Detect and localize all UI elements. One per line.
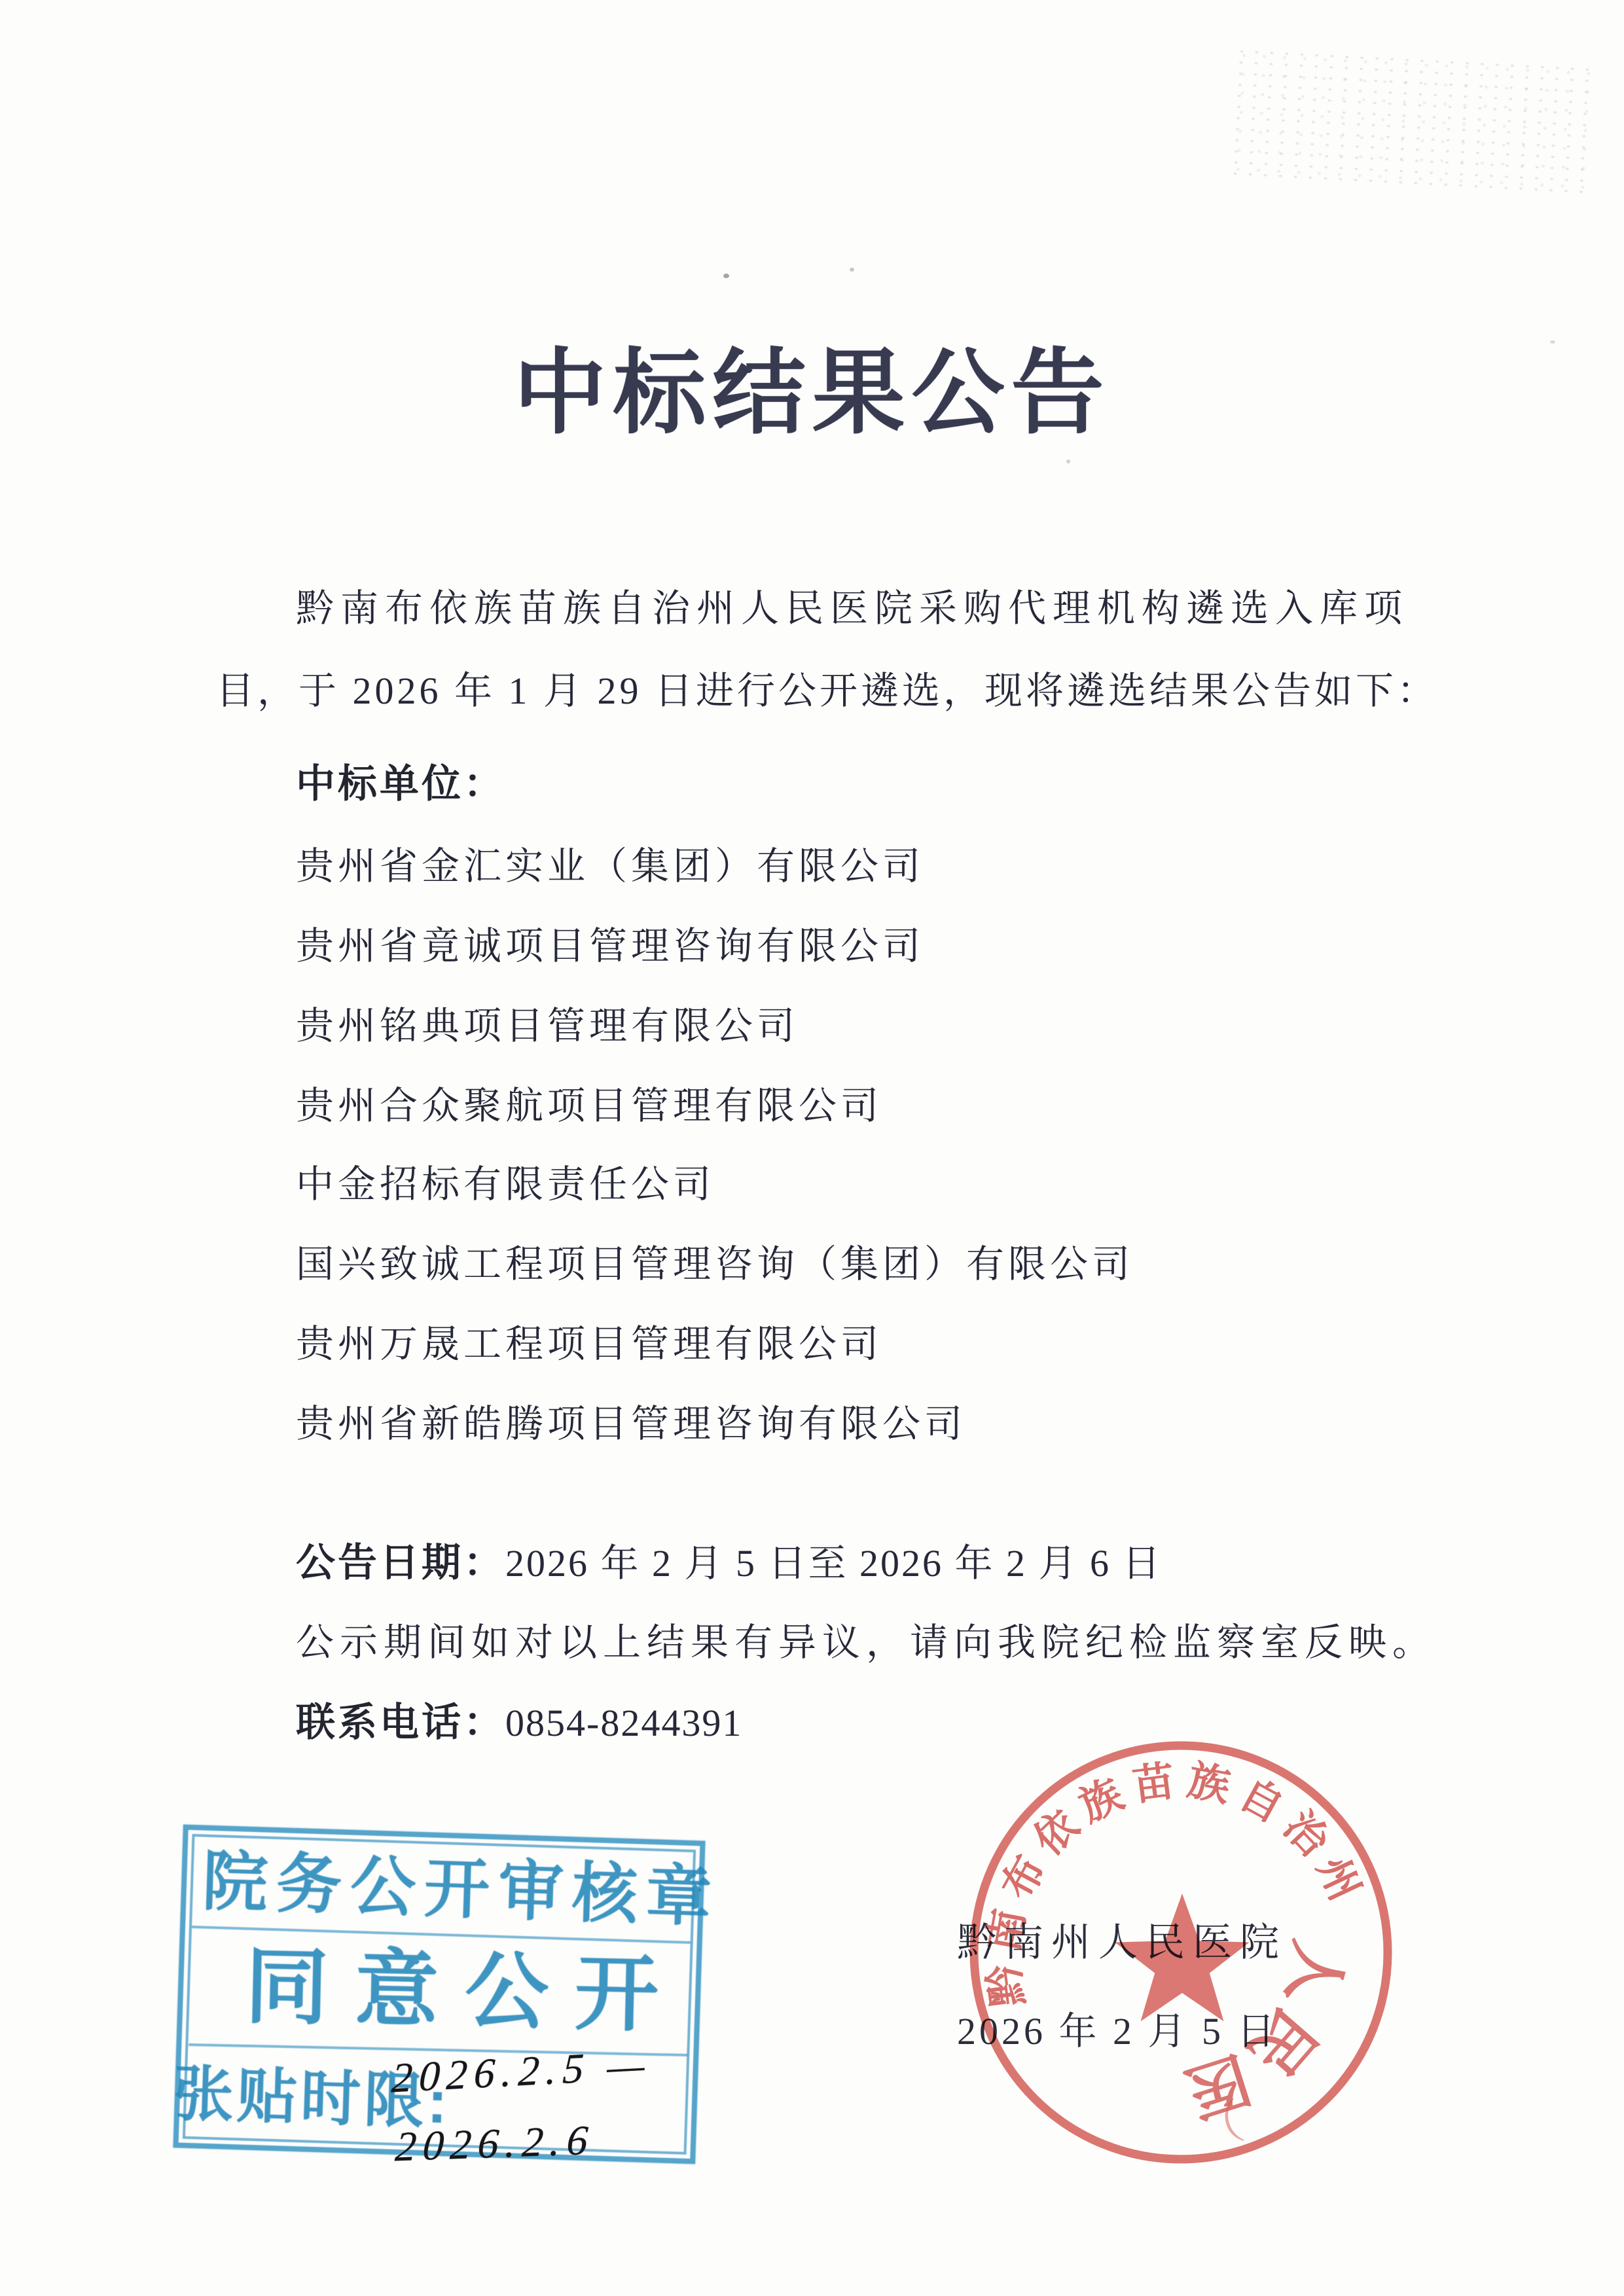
announcement-date-line: 公告日期：2026 年 2 月 5 日至 2026 年 2 月 6 日 xyxy=(296,1532,1163,1588)
winner-item: 贵州省金汇实业（集团）有限公司 xyxy=(296,835,924,890)
winner-item: 贵州合众聚航项目管理有限公司 xyxy=(296,1075,882,1130)
page-title: 中标结果公告 xyxy=(0,318,1624,452)
announcement-date-value: 2026 年 2 月 5 日至 2026 年 2 月 6 日 xyxy=(505,1542,1163,1585)
winner-item: 贵州省竟诚项目管理咨询有限公司 xyxy=(296,915,924,970)
scan-noise-smudge xyxy=(1227,45,1600,202)
winner-item: 贵州省新皓腾项目管理咨询有限公司 xyxy=(296,1393,966,1448)
contact-phone-line: 联系电话：0854-8244391 xyxy=(296,1691,742,1748)
winner-item: 中金招标有限责任公司 xyxy=(296,1153,715,1208)
scanned-announcement-page: 中标结果公告 黔南布依族苗族自治州人民医院采购代理机构遴选入库项 目，于 202… xyxy=(0,0,1624,2296)
winner-item: 贵州铭典项目管理有限公司 xyxy=(296,995,799,1050)
winners-heading: 中标单位： xyxy=(296,753,505,809)
handwritten-period-end: 2026.2.6 xyxy=(393,2116,596,2172)
scan-speck xyxy=(850,268,854,272)
official-red-seal: 黔南布依族苗族自治州 人民医院 （ xyxy=(952,1723,1410,2181)
approval-stamp: 院务公开审核章 同意公开 张贴时限: xyxy=(173,1825,705,2164)
announcement-date-label: 公告日期： xyxy=(296,1541,505,1585)
scan-speck xyxy=(1066,459,1070,463)
winner-item: 国兴致诚工程项目管理咨询（集团）有限公司 xyxy=(296,1233,1134,1288)
paragraph-line-1: 黔南布依族苗族自治州人民医院采购代理机构遴选入库项 xyxy=(296,577,1409,632)
winner-item: 贵州万晟工程项目管理有限公司 xyxy=(296,1313,882,1368)
scan-speck xyxy=(723,274,729,278)
contact-phone-label: 联系电话： xyxy=(296,1700,505,1744)
paragraph-line-2: 目，于 2026 年 1 月 29 日进行公开遴选，现将遴选结果公告如下： xyxy=(216,660,1438,715)
contact-phone-value: 0854-8244391 xyxy=(505,1702,742,1744)
seal-star-icon xyxy=(1115,1893,1249,2021)
stamp-title: 院务公开审核章 xyxy=(192,1837,693,1944)
objection-note: 公示期间如对以上结果有异议，请向我院纪检监察室反映。 xyxy=(296,1611,1436,1666)
approval-stamp-inner-frame: 院务公开审核章 同意公开 张贴时限: xyxy=(183,1834,696,2155)
stamp-decision: 同意公开 xyxy=(189,1931,690,2056)
